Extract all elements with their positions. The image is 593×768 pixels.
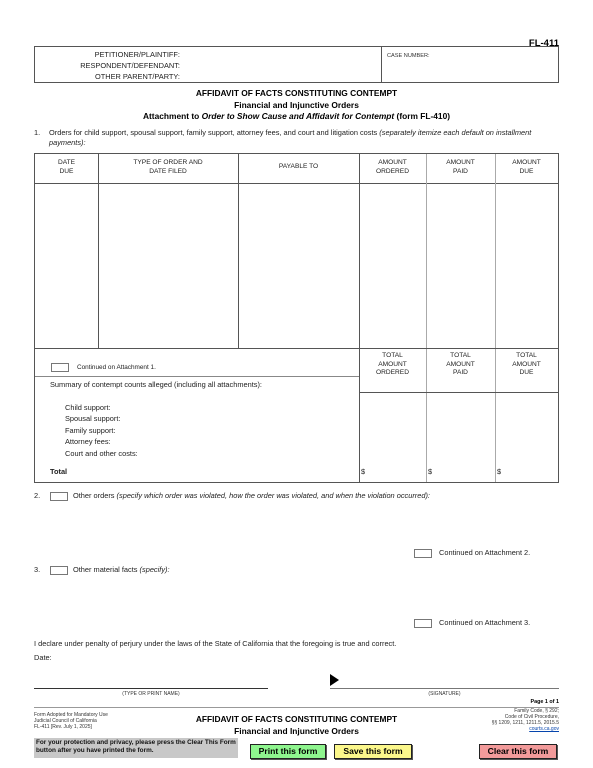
print-name-field[interactable] xyxy=(34,674,268,688)
respondent-label: RESPONDENT/DEFENDANT: xyxy=(80,61,180,70)
summary-child-support: Child support: xyxy=(65,403,111,412)
item-2-number: 2. xyxy=(34,491,40,500)
declaration-text: I declare under penalty of perjury under… xyxy=(34,639,396,648)
footer-left: Form Adopted for Mandatory Use Judicial … xyxy=(34,712,108,730)
continued-attachment-1-checkbox[interactable] xyxy=(51,363,69,372)
header-total-paid: TOTALAMOUNTPAID xyxy=(426,352,495,378)
item-2-text: Other orders (specify which order was vi… xyxy=(73,491,430,500)
summary-label: Summary of contempt counts alleged (incl… xyxy=(50,380,262,389)
courts-link[interactable]: courts.ca.gov xyxy=(492,726,559,732)
order-detail-rows[interactable] xyxy=(35,184,558,348)
total-label: Total xyxy=(50,467,67,476)
item-3-checkbox[interactable] xyxy=(50,566,68,575)
orders-table: DATEDUE TYPE OF ORDER ANDDATE FILED PAYA… xyxy=(34,153,559,483)
form-subtitle: Financial and Injunctive Orders xyxy=(0,100,593,110)
header-payable-to: PAYABLE TO xyxy=(238,163,359,172)
footer-divider xyxy=(34,707,559,708)
privacy-notice: For your protection and privacy, please … xyxy=(34,738,238,758)
page-number: Page 1 of 1 xyxy=(531,699,559,705)
total-due-field[interactable] xyxy=(496,393,558,482)
item-1-number: 1. xyxy=(34,128,40,138)
form-attachment-title: Attachment to Order to Show Cause and Af… xyxy=(0,111,593,121)
clear-button[interactable]: Clear this form xyxy=(479,744,557,759)
print-button[interactable]: Print this form xyxy=(250,744,326,759)
footer-right: Family Code, § 292; Code of Civil Proced… xyxy=(492,708,559,732)
footer-subtitle: Financial and Injunctive Orders xyxy=(150,726,443,736)
header-date-due: DATEDUE xyxy=(35,159,98,176)
item-1-text: Orders for child support, spousal suppor… xyxy=(49,128,549,148)
caption-box: PETITIONER/PLAINTIFF: RESPONDENT/DEFENDA… xyxy=(34,46,559,83)
signature-caption: (SIGNATURE) xyxy=(330,691,559,697)
item-3-number: 3. xyxy=(34,565,40,574)
form-title: AFFIDAVIT OF FACTS CONSTITUTING CONTEMPT xyxy=(0,88,593,98)
case-number-label: CASE NUMBER: xyxy=(387,53,430,59)
item-2-field[interactable] xyxy=(34,503,559,543)
total-ordered-field[interactable] xyxy=(360,393,426,482)
divider xyxy=(35,376,359,377)
item-2-checkbox[interactable] xyxy=(50,492,68,501)
item-3-text: Other material facts (specify): xyxy=(73,565,170,574)
total-paid-currency: $ xyxy=(428,467,432,476)
footer-title: AFFIDAVIT OF FACTS CONSTITUTING CONTEMPT xyxy=(150,714,443,724)
date-field[interactable] xyxy=(60,651,210,662)
date-label: Date: xyxy=(34,653,52,662)
other-party-label: OTHER PARENT/PARTY: xyxy=(95,72,180,81)
petitioner-label: PETITIONER/PLAINTIFF: xyxy=(95,50,180,59)
header-amount-ordered: AMOUNTORDERED xyxy=(359,159,426,176)
total-ordered-currency: $ xyxy=(361,467,365,476)
summary-court-costs: Court and other costs: xyxy=(65,449,138,458)
continued-attachment-2-label: Continued on Attachment 2. xyxy=(439,548,530,557)
continued-attachment-2-checkbox[interactable] xyxy=(414,549,432,558)
header-amount-due: AMOUNTDUE xyxy=(495,159,558,176)
continued-attachment-3-label: Continued on Attachment 3. xyxy=(439,618,530,627)
signature-arrow-icon xyxy=(330,674,339,686)
header-total-ordered: TOTALAMOUNTORDERED xyxy=(359,352,426,378)
summary-family-support: Family support: xyxy=(65,426,116,435)
save-button[interactable]: Save this form xyxy=(334,744,412,759)
summary-attorney-fees: Attorney fees: xyxy=(65,437,111,446)
continued-attachment-1-label: Continued on Attachment 1. xyxy=(77,364,156,371)
continued-attachment-3-checkbox[interactable] xyxy=(414,619,432,628)
item-3-field[interactable] xyxy=(34,577,559,615)
party-names-section[interactable]: PETITIONER/PLAINTIFF: RESPONDENT/DEFENDA… xyxy=(35,47,382,82)
total-paid-field[interactable] xyxy=(427,393,495,482)
header-type-of-order: TYPE OF ORDER ANDDATE FILED xyxy=(98,159,238,176)
summary-spousal-support: Spousal support: xyxy=(65,414,120,423)
name-caption: (TYPE OR PRINT NAME) xyxy=(34,691,268,697)
signature-line xyxy=(330,688,559,689)
total-due-currency: $ xyxy=(497,467,501,476)
name-line xyxy=(34,688,268,689)
header-total-due: TOTALAMOUNTDUE xyxy=(495,352,558,378)
header-amount-paid: AMOUNTPAID xyxy=(426,159,495,176)
divider xyxy=(35,348,558,349)
